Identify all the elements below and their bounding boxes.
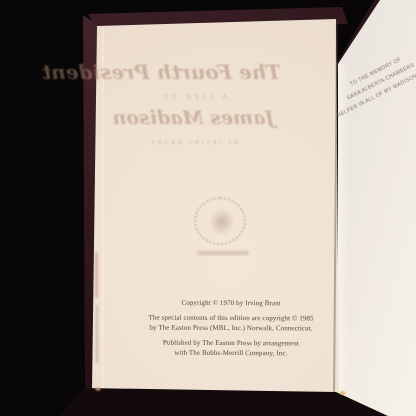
cover-sheen [96,305,98,363]
publisher-emblem-show-through [194,197,246,245]
title-page-show-through: The Fourth President A LIFE OF James Mad… [106,60,281,146]
cover-sheen [95,252,98,298]
book-photo: TO THE MEMORY OF SARA ALBERTA CHAMBERS H… [0,0,416,416]
show-through-byline: BY IRVING BRANT [106,140,281,146]
copyright-line: Copyright © 1970 by Irving Brant [143,298,319,309]
edition-copyright-lines: The special contents of this edition are… [143,313,319,334]
shrinkwrap-glint [94,386,102,392]
publisher-lines: Published by The Easton Press by arrange… [143,338,319,359]
show-through-name: James Madison [106,107,281,129]
show-through-subtitle: A LIFE OF [106,93,281,101]
shrinkwrap-glint [338,390,347,396]
emblem-eagle-blur [208,207,236,237]
show-through-smudge [197,251,249,255]
copyright-imprint: Copyright © 1970 by Irving Brant The spe… [143,298,319,364]
show-through-title: The Fourth President [106,60,281,84]
